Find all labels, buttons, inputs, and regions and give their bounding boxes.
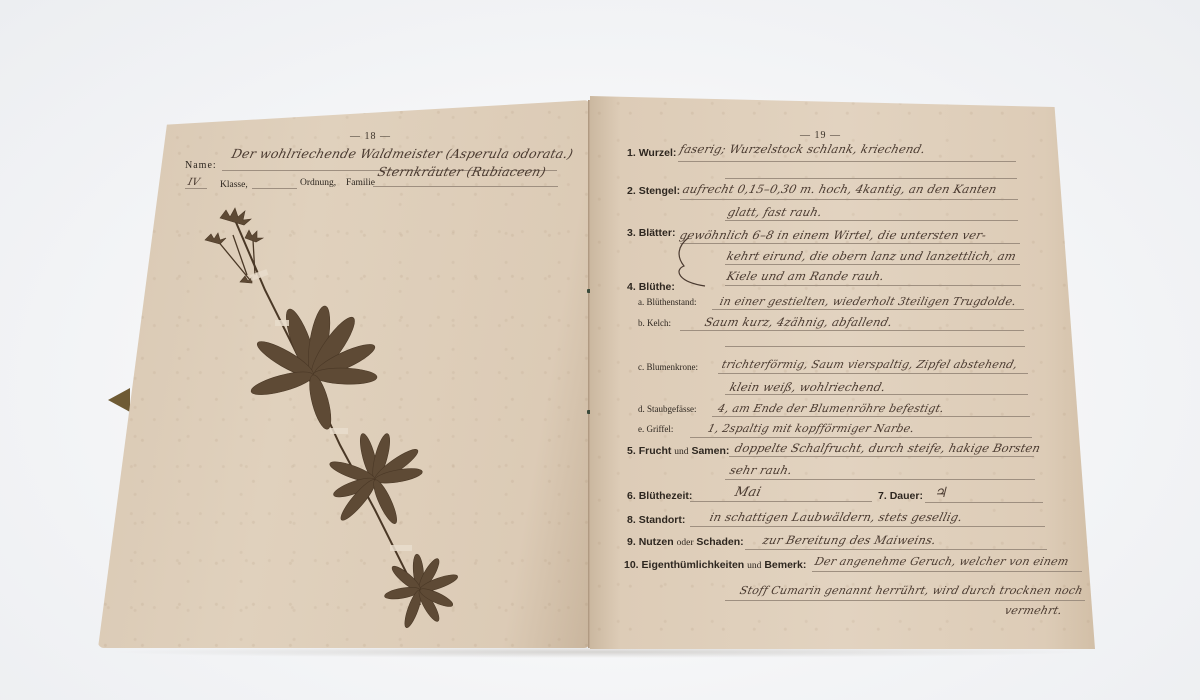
field-4a-label: a. Blüthenstand:: [638, 297, 697, 307]
field-4e-value: 1, 2spaltig mit kopfförmiger Narbe.: [706, 422, 915, 435]
field-1-value: faserig; Wurzelstock schlank, kriechend.: [678, 142, 927, 156]
family-line: [373, 186, 558, 187]
rule-line: [725, 346, 1025, 347]
rule-line: [729, 456, 1034, 457]
field-number: 5.: [627, 445, 636, 457]
field-number: a.: [638, 297, 644, 307]
field-number: 4.: [627, 281, 636, 293]
rule-line: [690, 437, 1032, 438]
field-number: 7.: [878, 490, 887, 502]
family-label: Familie: [346, 178, 375, 188]
rule-line: [925, 502, 1043, 503]
class-label: Klasse,: [220, 180, 248, 190]
field-4c-value-line-1: trichterförmig, Saum vierspaltig, Zipfel…: [720, 358, 1019, 371]
field-label: Wurzel:: [639, 147, 677, 159]
field-4d-value: 4, am Ende der Blumenröhre befestigt.: [716, 402, 945, 415]
field-number: 10.: [624, 559, 639, 571]
field-3-value-line-3: Kiele und am Rande rauh.: [725, 269, 886, 283]
field-label-connector: oder: [677, 538, 694, 548]
page-number-left: — 18 —: [350, 131, 391, 142]
field-10-value-line-1: Der angenehme Geruch, welcher von einem: [813, 555, 1070, 568]
field-label: Schaden:: [696, 536, 743, 548]
class-prefix-value: IV: [187, 177, 201, 188]
field-number: d.: [638, 404, 645, 414]
name-value: Der wohlriechende Waldmeister (Asperula …: [230, 146, 575, 161]
field-label: Blumenkrone:: [647, 362, 699, 372]
field-label: Stengel:: [639, 185, 680, 197]
field-number: 8.: [627, 514, 636, 526]
field-2-value-line-1: aufrecht 0,15–0,30 m. hoch, 4kantig, an …: [681, 182, 998, 196]
rule-line: [725, 264, 1020, 265]
rule-line: [725, 600, 1085, 601]
rule-line: [745, 549, 1047, 550]
field-4d-label: d. Staubgefässe:: [638, 404, 697, 414]
field-label: Griffel:: [647, 424, 674, 434]
rule-line: [725, 394, 1028, 395]
field-label: Samen:: [691, 445, 729, 457]
rule-line: [680, 243, 1020, 244]
rule-line: [725, 178, 1017, 179]
page-number-right: — 19 —: [800, 130, 841, 141]
field-6-value: Mai: [733, 485, 763, 500]
field-10-value-line-3: vermehrt.: [1003, 604, 1063, 617]
field-label: Standort:: [639, 514, 686, 526]
field-label: Blüthezeit:: [639, 490, 693, 502]
name-label: Name:: [185, 160, 217, 171]
field-number: 3.: [627, 227, 636, 239]
field-number: 6.: [627, 490, 636, 502]
field-5-value-line-2: sehr rauh.: [728, 463, 794, 477]
rule-line: [712, 416, 1030, 417]
field-number: 1.: [627, 147, 636, 159]
rule-line: [812, 571, 1082, 572]
field-label: Staubgefässe:: [647, 404, 697, 414]
rule-line: [712, 309, 1024, 310]
leaf-whorl-1: [249, 305, 378, 432]
rule-line: [725, 220, 1018, 221]
field-number: c.: [638, 362, 644, 372]
field-4c-label: c. Blumenkrone:: [638, 362, 698, 372]
field-label: Kelch:: [647, 318, 671, 328]
family-value: Sternkräuter (Rubiaceen): [376, 164, 547, 179]
pressed-plant-specimen: [195, 200, 485, 640]
field-label: Nutzen: [639, 536, 674, 548]
field-label: Eigenthümlichkeiten: [642, 559, 745, 571]
field-7-label: 7. Dauer:: [878, 490, 923, 502]
field-3-label: 3. Blätter:: [627, 227, 675, 239]
order-label: Ordnung,: [300, 178, 336, 188]
class-line: [252, 188, 297, 189]
field-number: e.: [638, 424, 644, 434]
field-label: Blüthenstand:: [647, 297, 697, 307]
field-4e-label: e. Griffel:: [638, 424, 673, 434]
field-10-value-line-2: Stoff Cumarin genannt herrührt, wird dur…: [738, 584, 1084, 597]
field-6-label: 6. Blüthezeit:: [627, 490, 692, 502]
field-9-value: zur Bereitung des Maiweins.: [761, 533, 938, 547]
field-4b-value: Saum kurz, 4zähnig, abfallend.: [703, 315, 894, 329]
handwritten-brace: [670, 236, 710, 288]
field-label-connector: und: [674, 447, 688, 457]
field-4-label: 4. Blüthe:: [627, 281, 675, 293]
leaf-whorl-3: [384, 554, 460, 630]
field-8-label: 8. Standort:: [627, 514, 685, 526]
field-label: Dauer:: [890, 490, 923, 502]
rule-line: [678, 161, 1016, 162]
field-4a-value: in einer gestielten, wiederholt 3teilige…: [718, 295, 1017, 308]
rule-line: [680, 199, 1018, 200]
field-2-label: 2. Stengel:: [627, 185, 680, 197]
field-2-value-line-2: glatt, fast rauh.: [726, 205, 823, 219]
field-label: Blüthe:: [639, 281, 675, 293]
field-label: Bemerk:: [764, 559, 806, 571]
field-4c-value-line-2: klein weiß, wohlriechend.: [728, 380, 887, 394]
field-10-label: 10. Eigenthümlichkeiten und Bemerk:: [624, 559, 806, 571]
rule-line: [680, 330, 1024, 331]
field-number: 9.: [627, 536, 636, 548]
rule-line: [725, 479, 1035, 480]
field-5-value-line-1: doppelte Schalfrucht, durch steife, haki…: [733, 441, 1042, 455]
field-5-label: 5. Frucht und Samen:: [627, 445, 729, 457]
field-label: Frucht: [639, 445, 672, 457]
field-9-label: 9. Nutzen oder Schaden:: [627, 536, 744, 548]
rule-line: [718, 373, 1028, 374]
field-8-value: in schattigen Laubwäldern, stets geselli…: [708, 510, 964, 524]
field-number: b.: [638, 318, 645, 328]
rule-line: [690, 526, 1045, 527]
bookmark-ribbon: [108, 388, 130, 412]
field-4b-label: b. Kelch:: [638, 318, 671, 328]
field-1-label: 1. Wurzel:: [627, 147, 676, 159]
class-prefix-line: [185, 188, 207, 189]
field-3-value-line-2: kehrt eirund, die obern lanz und lanzett…: [725, 249, 1017, 263]
rule-line: [690, 501, 872, 502]
field-3-value-line-1: gewöhnlich 6–8 in einem Wirtel, die unte…: [678, 228, 988, 242]
field-label-connector: und: [747, 561, 761, 571]
rule-line: [725, 285, 1021, 286]
field-number: 2.: [627, 185, 636, 197]
